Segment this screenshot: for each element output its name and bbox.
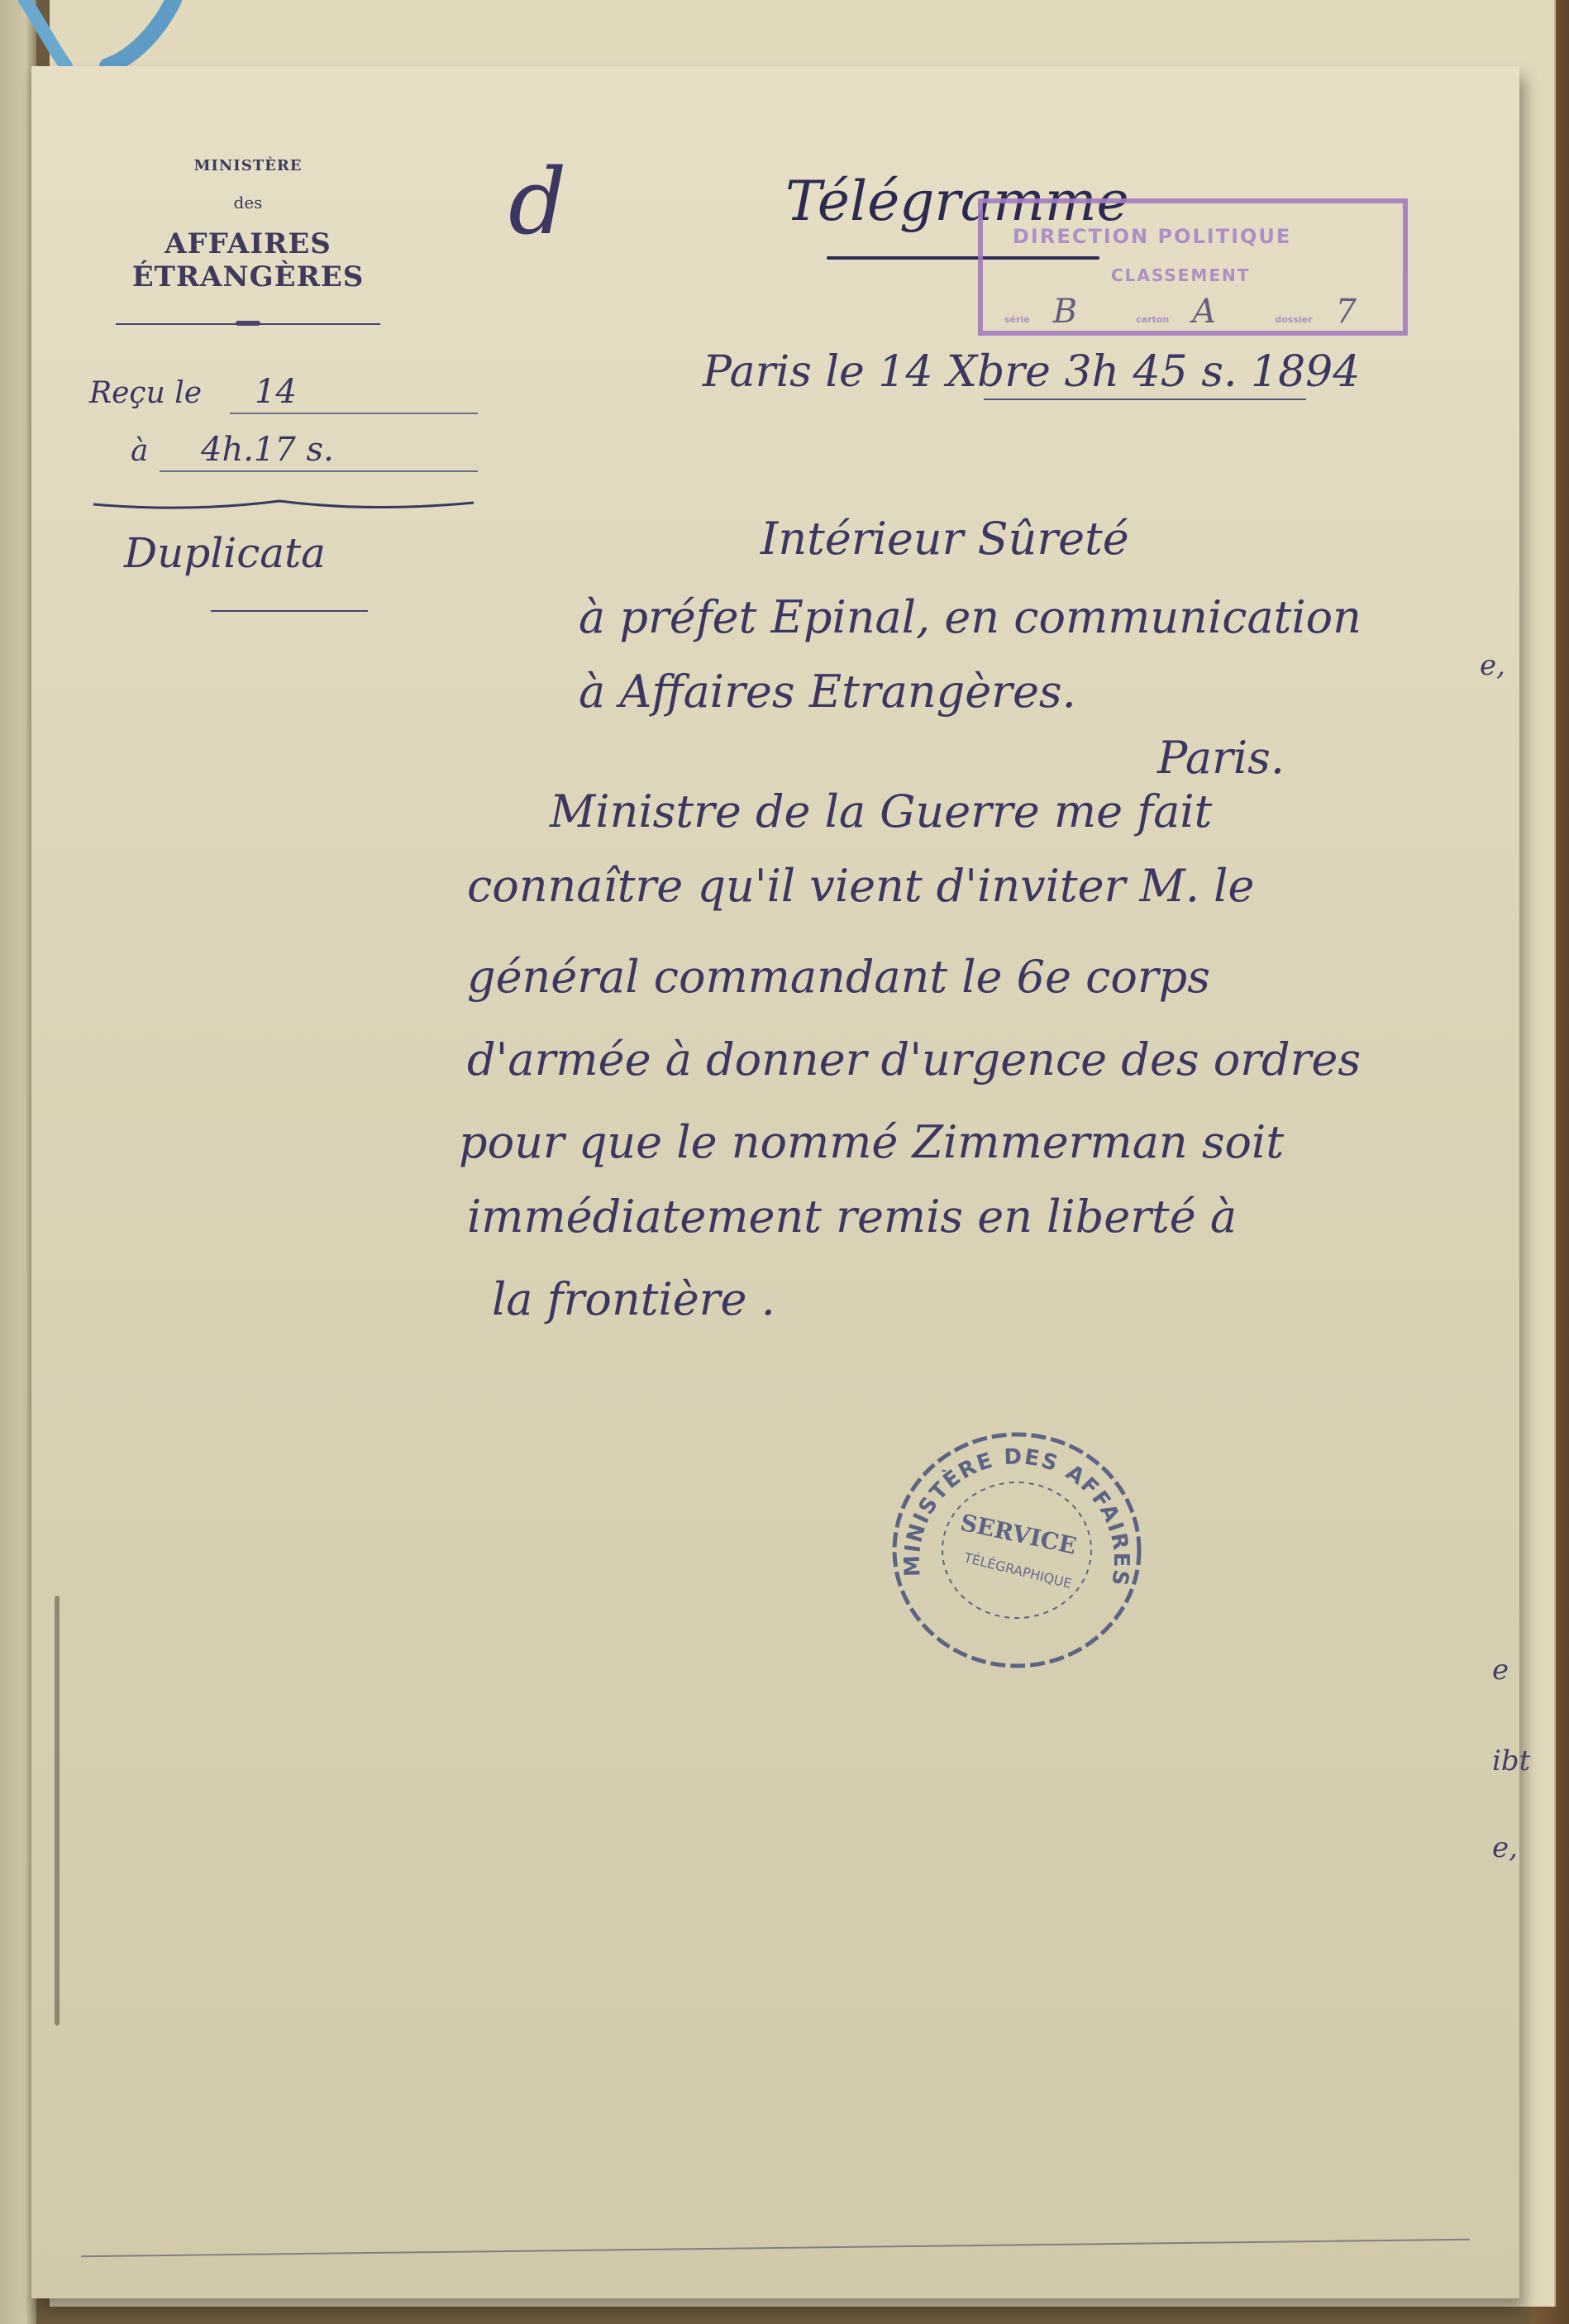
received-date-row: Reçu le 14	[89, 376, 478, 434]
address-line: Intérieur Sûreté	[761, 513, 1129, 565]
sheet-fold-line	[81, 2239, 1470, 2258]
direction-politique-stamp: DIRECTION POLITIQUE CLASSEMENT sérieB ca…	[978, 198, 1408, 336]
stamp-field-serie: sérieB	[1004, 293, 1107, 331]
received-time-line	[160, 470, 478, 472]
address-line: à préfet Epinal, en communication	[579, 591, 1362, 643]
received-time-row: à 4h.17 s.	[89, 434, 478, 492]
margin-note: e,	[1480, 649, 1505, 682]
body-line: la frontière .	[492, 1273, 775, 1325]
letterhead-affaires-etrangeres: AFFAIRES ÉTRANGÈRES	[58, 227, 438, 293]
received-time-label: à	[89, 434, 148, 468]
dateline-underline	[984, 398, 1306, 400]
body-line: général commandant le 6e corps	[467, 951, 1210, 1003]
letterhead-divider	[116, 323, 380, 325]
margin-note: e	[1492, 1654, 1509, 1687]
duplicata-label: Duplicata	[124, 529, 326, 577]
address-line: à Affaires Etrangères.	[579, 666, 1076, 718]
margin-crease	[55, 1596, 60, 2026]
margin-note: ibt	[1492, 1744, 1530, 1778]
stamp-field-carton: cartonA	[1136, 293, 1246, 331]
margin-note: e,	[1492, 1831, 1518, 1864]
received-date-label: Reçu le	[89, 376, 202, 410]
received-date-line	[230, 413, 478, 414]
stamp-field-dossier: dossier7	[1275, 293, 1386, 331]
received-date-value: 14	[255, 373, 297, 411]
address-line: Paris.	[1157, 732, 1285, 784]
received-block: Reçu le 14 à 4h.17 s.	[89, 376, 478, 492]
dateline: Paris le 14 Xbre 3h 45 s. 1894	[703, 347, 1360, 397]
stamp-classification-fields: sérieB cartonA dossier7	[1004, 293, 1386, 331]
received-time-value: 4h.17 s.	[201, 431, 334, 469]
handwritten-annotation-mark: d	[508, 149, 566, 255]
dateline-text: Paris le 14 Xbre 3h 45 s. 1894	[703, 347, 1360, 397]
stamp-direction-text: DIRECTION POLITIQUE	[1013, 225, 1291, 248]
duplicata-underline	[211, 610, 368, 612]
body-line: connaître qu'il vient d'inviter M. le	[467, 860, 1254, 912]
service-telegraphique-round-stamp-icon: MINISTÈRE DES AFFAIRES ÉTRANGÈRES SERVIC…	[889, 1426, 1145, 1674]
body-line: d'armée à donner d'urgence des ordres	[467, 1033, 1361, 1086]
ornamental-swash-divider	[89, 496, 478, 513]
ministry-letterhead: MINISTÈRE des AFFAIRES ÉTRANGÈRES	[58, 157, 438, 325]
letterhead-ministere: MINISTÈRE	[58, 157, 438, 174]
body-line: immédiatement remis en liberté à	[467, 1191, 1237, 1243]
body-line: Ministre de la Guerre me fait	[550, 785, 1212, 837]
stamp-classement-text: CLASSEMENT	[1111, 265, 1250, 285]
body-line: pour que le nommé Zimmerman soit	[459, 1116, 1284, 1168]
letterhead-des: des	[58, 193, 438, 212]
